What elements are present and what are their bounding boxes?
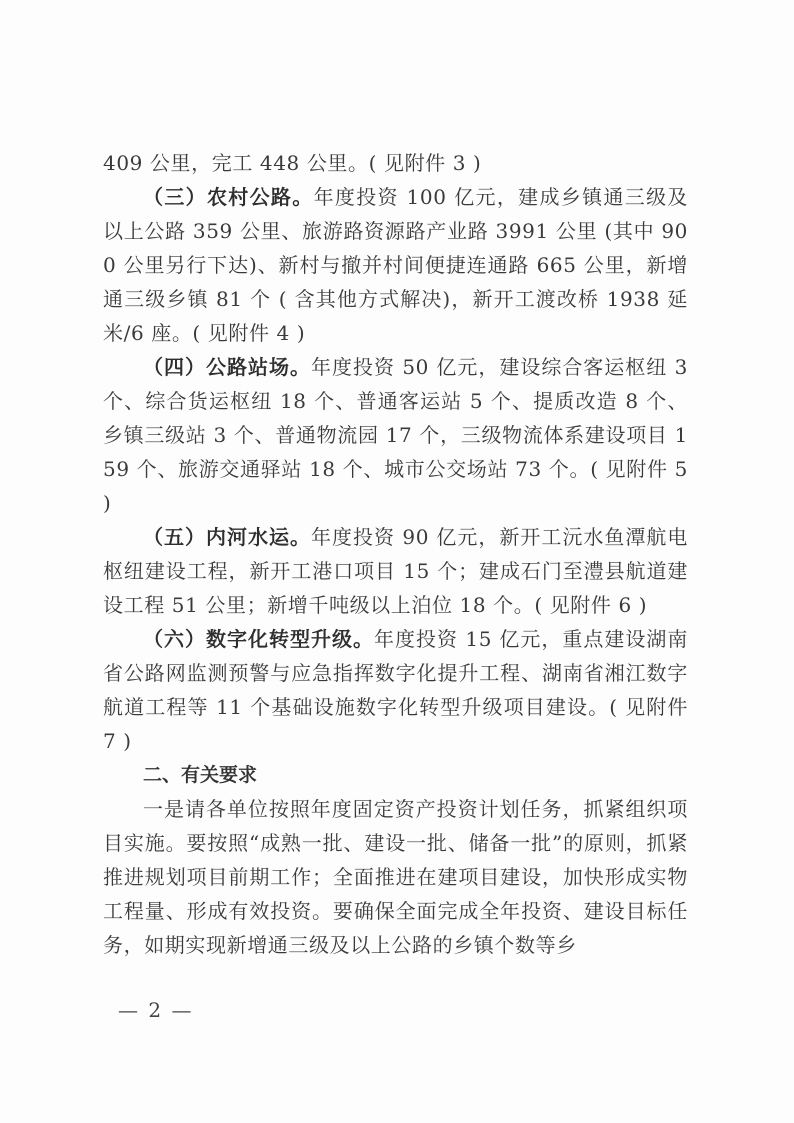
paragraph-heading: （四）公路站场。 [143, 355, 311, 379]
paragraph-digital-transformation: （六）数字化转型升级。年度投资 15 亿元，重点建设湖南省公路网监测预警与应急指… [103, 622, 688, 758]
paragraph-requirement-1: 一是请各单位按照年度固定资产投资计划任务，抓紧组织项目实施。要按照“成熟一批、建… [103, 792, 688, 962]
paragraph-rural-roads: （三）农村公路。年度投资 100 亿元，建成乡镇通三级及以上公路 359 公里、… [103, 180, 688, 350]
paragraph-text: 一是请各单位按照年度固定资产投资计划任务，抓紧组织项目实施。要按照“成熟一批、建… [103, 797, 688, 957]
paragraph-inland-waterway: （五）内河水运。年度投资 90 亿元，新开工沅水鱼潭航电枢纽建设工程，新开工港口… [103, 520, 688, 622]
paragraph-text: 年度投资 100 亿元，建成乡镇通三级及以上公路 359 公里、旅游路资源路产业… [103, 185, 688, 345]
paragraph-road-stations: （四）公路站场。年度投资 50 亿元，建设综合客运枢纽 3 个、综合货运枢纽 1… [103, 350, 688, 520]
document-page: 409 公里，完工 448 公里。( 见附件 3 ) （三）农村公路。年度投资 … [0, 0, 794, 1123]
document-body: 409 公里，完工 448 公里。( 见附件 3 ) （三）农村公路。年度投资 … [103, 146, 688, 962]
section-heading-requirements: 二、有关要求 [103, 758, 688, 792]
paragraph-text: 409 公里，完工 448 公里。( 见附件 3 ) [103, 151, 481, 175]
paragraph-continuation: 409 公里，完工 448 公里。( 见附件 3 ) [103, 146, 688, 180]
page-number: — 2 — [118, 998, 193, 1022]
paragraph-heading: （六）数字化转型升级。 [143, 627, 374, 651]
paragraph-heading: （五）内河水运。 [143, 525, 311, 549]
paragraph-text: 年度投资 50 亿元，建设综合客运枢纽 3 个、综合货运枢纽 18 个、普通客运… [103, 355, 688, 515]
paragraph-heading: （三）农村公路。 [143, 185, 314, 209]
